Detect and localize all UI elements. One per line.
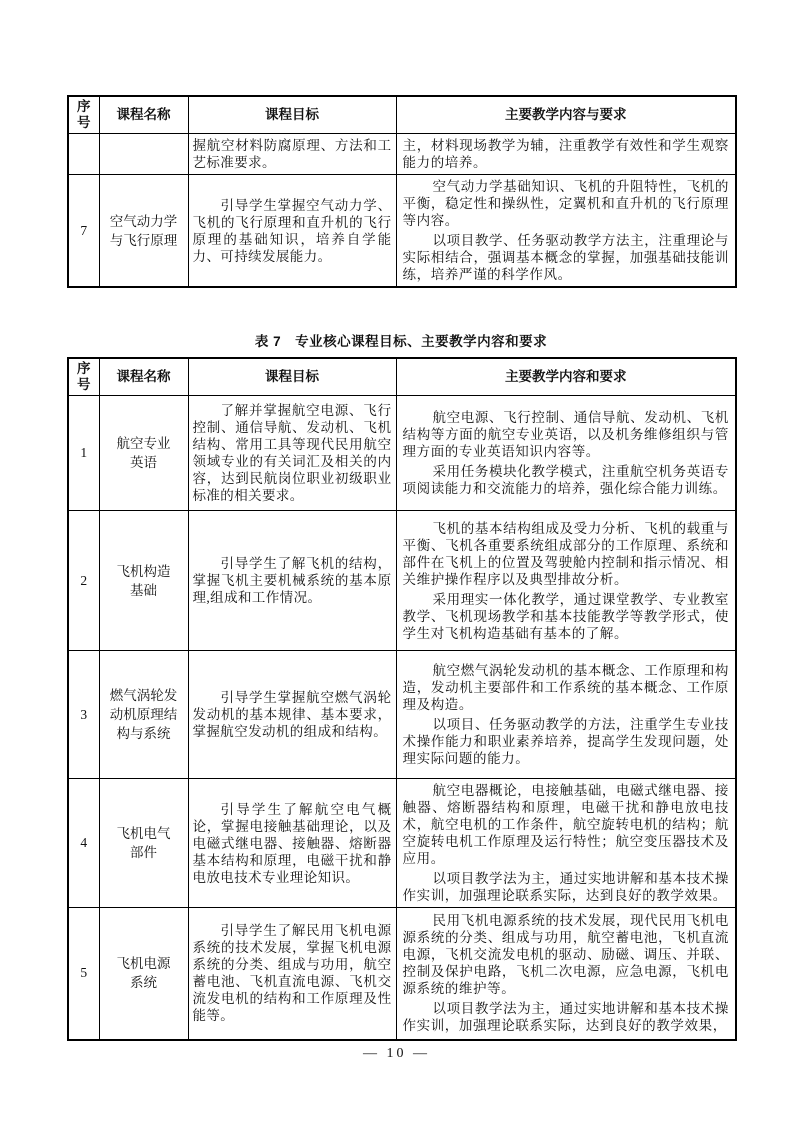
course-name-cell: 飞机构造 基础 (99, 511, 188, 651)
table-row: 握航空材料防腐原理、方法和工艺标准要求。 主，材料现场教学为辅，注重教学有效性和… (68, 134, 736, 175)
teaching-content-cell: 民用飞机电源系统的技术发展，现代民用飞机电源系统的分类、组成与功用，航空蓄电池，… (396, 908, 736, 1040)
course-goal-cell: 引导学生掌握航空燃气涡轮发动机的基本规律、基本要求，掌握航空发动机的组成和结构。 (188, 651, 396, 779)
header-cell-teaching-content: 主要教学内容和要求 (396, 358, 736, 396)
content-paragraph: 以项目教学、任务驱动教学方法主，注重理论与实际相结合，强调基本概念的掌握，加强基… (403, 232, 730, 283)
teaching-content-cell: 空气动力学基础知识、飞机的升阻特性，飞机的平衡，稳定性和操纵性，定翼机和直升机的… (396, 175, 736, 288)
header-cell-course-goal: 课程目标 (188, 96, 396, 134)
goal-paragraph: 引导学生了解民用飞机电源系统的技术发展，掌握飞机电源系统的分类、组成与功用，航空… (193, 922, 392, 1024)
course-goal-cell: 握航空材料防腐原理、方法和工艺标准要求。 (188, 134, 396, 175)
row-number-cell: 1 (68, 396, 99, 511)
content-paragraph: 以项目教学法为主，通过实地讲解和基本技术操作实训，加强理论联系实际，达到良好的教… (403, 1000, 730, 1034)
header-cell-course-goal: 课程目标 (188, 358, 396, 396)
course-name-cell: 飞机电气 部件 (99, 779, 188, 908)
course-name-cell (99, 134, 188, 175)
table-header-row: 序 号 课程名称 课程目标 主要教学内容和要求 (68, 358, 736, 396)
table-row: 4 飞机电气 部件 引导学生了解航空电气概论，掌握电接触基础理论，以及电磁式继电… (68, 779, 736, 908)
header-cell-course-name: 课程名称 (99, 96, 188, 134)
row-number-cell: 5 (68, 908, 99, 1040)
goal-paragraph: 引导学生了解飞机的结构，掌握飞机主要机械系统的基本原理,组成和工作情况。 (193, 555, 392, 606)
content-paragraph: 空气动力学基础知识、飞机的升阻特性，飞机的平衡，稳定性和操纵性，定翼机和直升机的… (403, 178, 730, 229)
goal-paragraph: 了解并掌握航空电源、飞行控制、通信导航、发动机、飞机结构、常用工具等现代民用航空… (193, 402, 392, 504)
content-paragraph: 飞机的基本结构组成及受力分析、飞机的载重与平衡、飞机各重要系统组成部分的工作原理… (403, 520, 730, 588)
header-cell-number: 序 号 (68, 358, 99, 396)
teaching-content-cell: 航空电源、飞行控制、通信导航、发动机、飞机结构等方面的航空专业英语，以及机务维修… (396, 396, 736, 511)
course-goal-cell: 了解并掌握航空电源、飞行控制、通信导航、发动机、飞机结构、常用工具等现代民用航空… (188, 396, 396, 511)
content-paragraph: 民用飞机电源系统的技术发展，现代民用飞机电源系统的分类、组成与功用，航空蓄电池，… (403, 912, 730, 997)
document-page: 序 号 课程名称 课程目标 主要教学内容与要求 握航空材料防腐原理、方法和工艺标… (0, 0, 793, 1122)
goal-paragraph: 引导学生掌握空气动力学、飞机的飞行原理和直升机的飞行原理的基础知识，培养自学能力… (193, 197, 392, 265)
content-paragraph: 主，材料现场教学为辅，注重教学有效性和学生观察能力的培养。 (403, 137, 730, 171)
teaching-content-cell: 飞机的基本结构组成及受力分析、飞机的载重与平衡、飞机各重要系统组成部分的工作原理… (396, 511, 736, 651)
row-number-cell: 3 (68, 651, 99, 779)
table-row: 1 航空专业 英语 了解并掌握航空电源、飞行控制、通信导航、发动机、飞机结构、常… (68, 396, 736, 511)
goal-paragraph: 引导学生了解航空电气概论，掌握电接触基础理论，以及电磁式继电器、接触器、熔断器基… (193, 801, 392, 886)
content-paragraph: 航空电源、飞行控制、通信导航、发动机、飞机结构等方面的航空专业英语，以及机务维修… (403, 409, 730, 460)
course-goal-cell: 引导学生了解航空电气概论，掌握电接触基础理论，以及电磁式继电器、接触器、熔断器基… (188, 779, 396, 908)
content-paragraph: 采用理实一体化教学，通过课堂教学、专业教室教学、飞机现场教学和基本技能教学等教学… (403, 591, 730, 642)
content-paragraph: 以项目、任务驱动教学的方法，注重学生专业技术操作能力和职业素养培养，提高学生发现… (403, 716, 730, 767)
teaching-content-cell: 航空电器概论，电接触基础，电磁式继电器、接触器、熔断器结构和原理，电磁干扰和静电… (396, 779, 736, 908)
course-name-cell: 燃气涡轮发 动机原理结 构与系统 (99, 651, 188, 779)
page-number: — 10 — (0, 1046, 793, 1062)
table-row: 5 飞机电源 系统 引导学生了解民用飞机电源系统的技术发展，掌握飞机电源系统的分… (68, 908, 736, 1040)
content-paragraph: 航空电器概论，电接触基础，电磁式继电器、接触器、熔断器结构和原理，电磁干扰和静电… (403, 782, 730, 867)
content-paragraph: 以项目教学法为主，通过实地讲解和基本技术操作实训，加强理论联系实际，达到良好的教… (403, 870, 730, 904)
row-number-cell: 4 (68, 779, 99, 908)
previous-courses-table: 序 号 课程名称 课程目标 主要教学内容与要求 握航空材料防腐原理、方法和工艺标… (67, 95, 737, 288)
header-cell-number: 序 号 (68, 96, 99, 134)
course-goal-cell: 引导学生了解飞机的结构，掌握飞机主要机械系统的基本原理,组成和工作情况。 (188, 511, 396, 651)
row-number-cell: 7 (68, 175, 99, 288)
row-number-cell: 2 (68, 511, 99, 651)
header-cell-teaching-content: 主要教学内容与要求 (396, 96, 736, 134)
goal-paragraph: 引导学生掌握航空燃气涡轮发动机的基本规律、基本要求，掌握航空发动机的组成和结构。 (193, 689, 392, 740)
course-goal-cell: 引导学生了解民用飞机电源系统的技术发展，掌握飞机电源系统的分类、组成与功用，航空… (188, 908, 396, 1040)
row-number-cell (68, 134, 99, 175)
table-row: 7 空气动力学 与飞行原理 引导学生掌握空气动力学、飞机的飞行原理和直升机的飞行… (68, 175, 736, 288)
table-header-row: 序 号 课程名称 课程目标 主要教学内容与要求 (68, 96, 736, 134)
content-paragraph: 航空燃气涡轮发动机的基本概念、工作原理和构造，发动机主要部件和工作系统的基本概念… (403, 662, 730, 713)
header-cell-course-name: 课程名称 (99, 358, 188, 396)
teaching-content-cell: 航空燃气涡轮发动机的基本概念、工作原理和构造，发动机主要部件和工作系统的基本概念… (396, 651, 736, 779)
course-name-cell: 航空专业 英语 (99, 396, 188, 511)
course-name-cell: 空气动力学 与飞行原理 (99, 175, 188, 288)
course-goal-cell: 引导学生掌握空气动力学、飞机的飞行原理和直升机的飞行原理的基础知识，培养自学能力… (188, 175, 396, 288)
table-row: 3 燃气涡轮发 动机原理结 构与系统 引导学生掌握航空燃气涡轮发动机的基本规律、… (68, 651, 736, 779)
teaching-content-cell: 主，材料现场教学为辅，注重教学有效性和学生观察能力的培养。 (396, 134, 736, 175)
table-row: 2 飞机构造 基础 引导学生了解飞机的结构，掌握飞机主要机械系统的基本原理,组成… (68, 511, 736, 651)
goal-paragraph: 握航空材料防腐原理、方法和工艺标准要求。 (193, 137, 392, 171)
content-paragraph: 采用任务模块化教学模式，注重航空机务英语专项阅读能力和交流能力的培养，强化综合能… (403, 463, 730, 497)
core-courses-table: 序 号 课程名称 课程目标 主要教学内容和要求 1 航空专业 英语 了解并掌握航… (67, 357, 737, 1041)
table-caption: 表 7 专业核心课程目标、主要教学内容和要求 (67, 330, 735, 350)
course-name-cell: 飞机电源 系统 (99, 908, 188, 1040)
